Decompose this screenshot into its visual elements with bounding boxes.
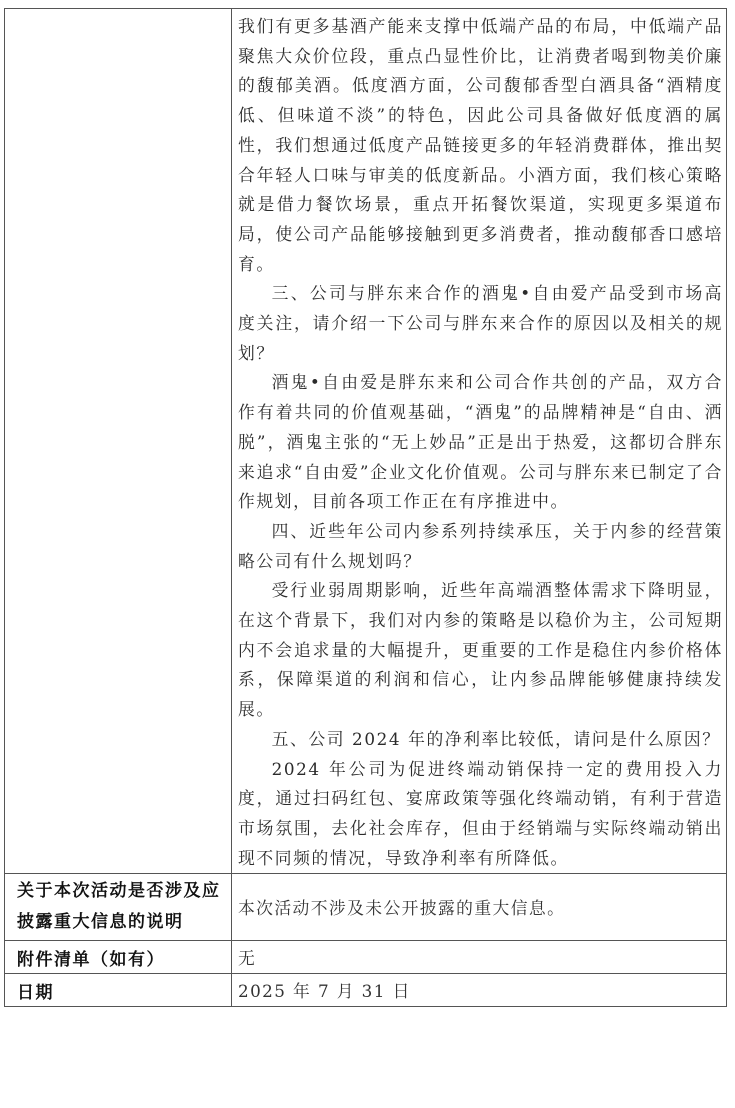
question-5: 五、公司 2024 年的净利率比较低，请问是什么原因？	[238, 725, 723, 755]
answer-paragraph: 我们有更多基酒产能来支撑中低端产品的布局，中低端产品聚焦大众价位段，重点凸显性价…	[238, 12, 723, 279]
content-label-cell	[5, 9, 232, 874]
investor-relations-record-table: 我们有更多基酒产能来支撑中低端产品的布局，中低端产品聚焦大众价位段，重点凸显性价…	[4, 8, 727, 1007]
attachments-value: 无	[232, 941, 727, 974]
attachments-label: 附件清单（如有）	[5, 941, 232, 974]
content-body-cell: 我们有更多基酒产能来支撑中低端产品的布局，中低端产品聚焦大众价位段，重点凸显性价…	[232, 9, 727, 874]
activity-content-row: 我们有更多基酒产能来支撑中低端产品的布局，中低端产品聚焦大众价位段，重点凸显性价…	[5, 9, 727, 874]
answer-4: 受行业弱周期影响，近些年高端酒整体需求下降明显，在这个背景下，我们对内参的策略是…	[238, 576, 723, 725]
answer-5: 2024 年公司为促进终端动销保持一定的费用投入力度，通过扫码红包、宴席政策等强…	[238, 755, 723, 874]
attachments-row: 附件清单（如有） 无	[5, 941, 727, 974]
question-3: 三、公司与胖东来合作的酒鬼•自由爱产品受到市场高度关注，请介绍一下公司与胖东来合…	[238, 279, 723, 368]
disclosure-value: 本次活动不涉及未公开披露的重大信息。	[232, 874, 727, 941]
disclosure-label: 关于本次活动是否涉及应披露重大信息的说明	[5, 874, 232, 941]
question-4: 四、近些年公司内参系列持续承压，关于内参的经营策略公司有什么规划吗？	[238, 517, 723, 576]
date-value: 2025 年 7 月 31 日	[232, 974, 727, 1007]
disclosure-row: 关于本次活动是否涉及应披露重大信息的说明 本次活动不涉及未公开披露的重大信息。	[5, 874, 727, 941]
date-row: 日期 2025 年 7 月 31 日	[5, 974, 727, 1007]
date-label: 日期	[5, 974, 232, 1007]
answer-3: 酒鬼•自由爱是胖东来和公司合作共创的产品，双方合作有着共同的价值观基础，“酒鬼”…	[238, 368, 723, 517]
